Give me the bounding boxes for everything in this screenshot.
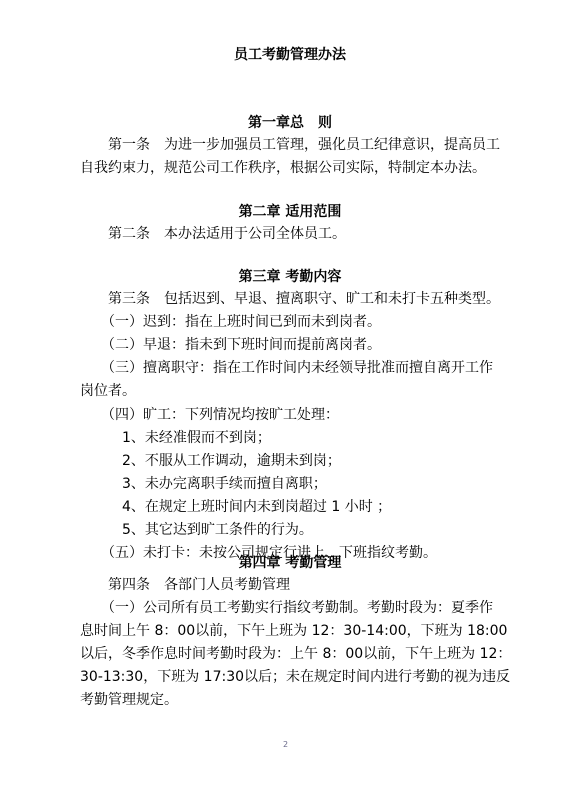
body-line: 考勤管理规定。 [80, 689, 500, 711]
page-number: 2 [283, 740, 288, 749]
chapter-heading: 第四章 考勤管理 [80, 552, 500, 574]
chapter-heading: 第二章 适用范围 [80, 201, 500, 223]
body-line: 第四条 各部门人员考勤管理 [80, 574, 500, 596]
document-page: 员工考勤管理办法 第一章总 则 第一条 为进一步加强员工管理，强化员工纪律意识，… [0, 0, 581, 790]
chapter-heading: 第一章总 则 [80, 112, 500, 134]
body-line: 自我约束力，规范公司工作秩序，根据公司实际，特制定本办法。 [80, 157, 500, 179]
document-title: 员工考勤管理办法 [80, 44, 500, 66]
body-line: 4、在规定上班时间内未到岗超过 1 小时 ； [80, 496, 500, 518]
body-line: 岗位者。 [80, 380, 500, 402]
body-line: （一）公司所有员工考勤实行指纹考勤制。考勤时段为：夏季作 [80, 597, 500, 619]
body-line: 3、未办完离职手续而擅自离职； [80, 473, 500, 495]
body-line: （三）擅离职守：指在工作时间内未经领导批准而擅自离开工作 [80, 357, 500, 379]
body-line: 以后，冬季作息时间考勤时段为：上午 8：00以前，下午上班为 12： [80, 643, 500, 665]
body-line: 1、未经准假而不到岗； [80, 427, 500, 449]
chapter-heading: 第三章 考勤内容 [80, 266, 500, 288]
body-line: 息时间上午 8：00以前，下午上班为 12：30-14:00，下班为 18:00 [80, 620, 500, 642]
body-line: （四）旷工：下列情况均按旷工处理： [80, 404, 500, 426]
body-line: 第二条 本办法适用于公司全体员工。 [80, 223, 500, 245]
body-line: 30-13:30，下班为 17:30以后；未在规定时间内进行考勤的视为违反 [80, 666, 500, 688]
body-line: 第三条 包括迟到、早退、擅离职守、旷工和未打卡五种类型。 [80, 288, 500, 310]
body-line: 5、其它达到旷工条件的行为。 [80, 519, 500, 541]
body-line: 第一条 为进一步加强员工管理，强化员工纪律意识，提高员工 [80, 134, 500, 156]
body-line: 2、不服从工作调动，逾期未到岗； [80, 450, 500, 472]
body-line: （一）迟到：指在上班时间已到而未到岗者。 [80, 311, 500, 333]
body-line: （二）早退：指未到下班时间而提前离岗者。 [80, 334, 500, 356]
